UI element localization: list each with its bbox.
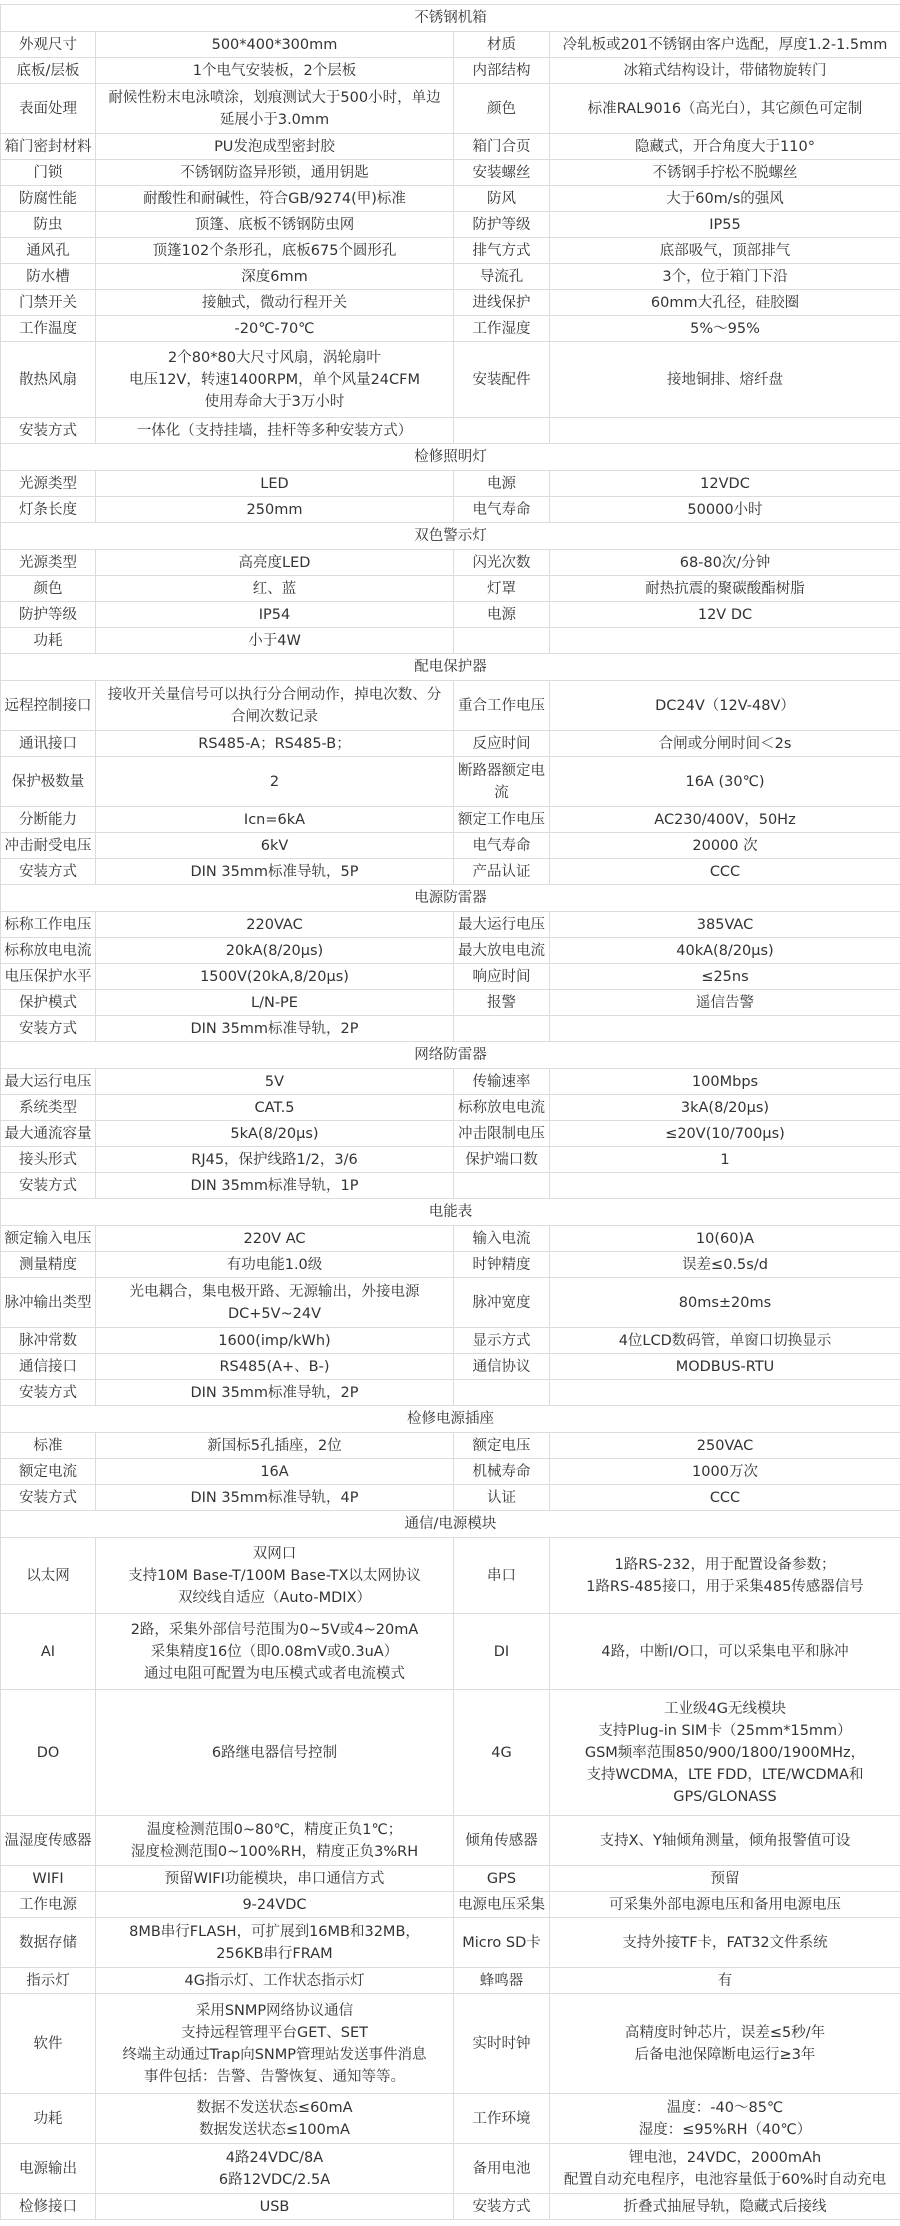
spec-row: 通讯接口RS485-A；RS485-B；反应时间合闸或分闸时间＜2s bbox=[1, 731, 900, 757]
spec-value-line: 顶篷102个条形孔，底板675个圆形孔 bbox=[98, 240, 451, 262]
spec-value: 顶篷102个条形孔，底板675个圆形孔 bbox=[96, 238, 454, 264]
spec-value: 新国标5孔插座，2位 bbox=[96, 1433, 454, 1459]
spec-label: 排气方式 bbox=[454, 238, 550, 264]
spec-label: 断路器额定电流 bbox=[454, 757, 550, 807]
spec-value: 耐候性粉末电泳喷涂，划痕测试大于500小时，单边延展小于3.0mm bbox=[96, 84, 454, 134]
section-header-row: 不锈钢机箱 bbox=[1, 5, 900, 32]
spec-value: 2路，采集外部信号范围为0~5V或4~20mA采集精度16位（即0.08mV或0… bbox=[96, 1614, 454, 1690]
spec-value-line: 100Mbps bbox=[552, 1071, 898, 1093]
spec-value-line: 5kA(8/20μs) bbox=[98, 1123, 451, 1145]
spec-value: 20kA(8/20μs) bbox=[96, 938, 454, 964]
spec-value: 250VAC bbox=[550, 1433, 900, 1459]
spec-value-line: RJ45，保护线路1/2，3/6 bbox=[98, 1149, 451, 1171]
spec-value-line: 6kV bbox=[98, 835, 451, 857]
spec-value: 预留 bbox=[550, 1866, 900, 1892]
spec-value: 1500V(20kA,8/20μs) bbox=[96, 964, 454, 990]
spec-value-line: CAT.5 bbox=[98, 1097, 451, 1119]
spec-row: 脉冲常数1600(imp/kWh)显示方式4位LCD数码管，单窗口切换显示 bbox=[1, 1328, 900, 1354]
spec-label: 输入电流 bbox=[454, 1226, 550, 1252]
spec-label: 电源 bbox=[454, 471, 550, 497]
section-header-row: 双色警示灯 bbox=[1, 523, 900, 550]
spec-value: 12V DC bbox=[550, 602, 900, 628]
spec-value: DIN 35mm标准导轨，2P bbox=[96, 1016, 454, 1042]
spec-value-line: 5V bbox=[98, 1071, 451, 1093]
spec-row: 温湿度传感器温度检测范围0~80℃，精度正负1℃；湿度检测范围0~100%RH，… bbox=[1, 1816, 900, 1866]
spec-label: 电源电压采集 bbox=[454, 1892, 550, 1918]
spec-row: 远程控制接口接收开关量信号可以执行分合闸动作，掉电次数、分合闸次数记录重合工作电… bbox=[1, 681, 900, 731]
spec-value-line: DC+5V~24V bbox=[98, 1303, 451, 1325]
section-title: 检修电源插座 bbox=[1, 1406, 900, 1433]
spec-value: RS485-A；RS485-B； bbox=[96, 731, 454, 757]
spec-value: 隐藏式，开合角度大于110° bbox=[550, 134, 900, 160]
spec-value bbox=[550, 628, 900, 654]
spec-value-line: 支持远程管理平台GET、SET bbox=[98, 2022, 451, 2044]
spec-value-line: DIN 35mm标准导轨，2P bbox=[98, 1018, 451, 1040]
spec-row: 防虫顶篷、底板不锈钢防虫网防护等级IP55 bbox=[1, 212, 900, 238]
spec-value-line: 双绞线自适应（Auto-MDIX） bbox=[98, 1587, 451, 1609]
spec-value: 60mm大孔径，硅胶圈 bbox=[550, 290, 900, 316]
spec-label: 闪光次数 bbox=[454, 550, 550, 576]
spec-row: 工作温度-20℃-70℃工作湿度5%～95% bbox=[1, 316, 900, 342]
spec-label: DO bbox=[1, 1690, 96, 1816]
spec-label: 电源 bbox=[454, 602, 550, 628]
spec-label: 安装方式 bbox=[1, 859, 96, 885]
spec-value: 6路继电器信号控制 bbox=[96, 1690, 454, 1816]
spec-value: 1个电气安装板，2个层板 bbox=[96, 58, 454, 84]
spec-label: 标称放电电流 bbox=[1, 938, 96, 964]
spec-value-line: 配置自动充电程序，电池容量低于60%时自动充电 bbox=[552, 2169, 898, 2191]
spec-label: 产品认证 bbox=[454, 859, 550, 885]
spec-value-line: 2个80*80大尺寸风扇，涡轮扇叶 bbox=[98, 347, 451, 369]
spec-row: DO6路继电器信号控制4G工业级4G无线模块支持Plug-in SIM卡（25m… bbox=[1, 1690, 900, 1816]
spec-label: 显示方式 bbox=[454, 1328, 550, 1354]
spec-label: 时钟精度 bbox=[454, 1252, 550, 1278]
spec-label: 防虫 bbox=[1, 212, 96, 238]
spec-value-line: 250VAC bbox=[552, 1435, 898, 1457]
spec-label: 以太网 bbox=[1, 1538, 96, 1614]
spec-value-line: 终端主动通过Trap向SNMP管理站发送事件消息 bbox=[98, 2044, 451, 2066]
spec-row: 通风孔顶篷102个条形孔，底板675个圆形孔排气方式底部吸气，顶部排气 bbox=[1, 238, 900, 264]
spec-label: 工作温度 bbox=[1, 316, 96, 342]
spec-value-line: 3个，位于箱门下沿 bbox=[552, 266, 898, 288]
spec-value-line: 红、蓝 bbox=[98, 578, 451, 600]
spec-label: 标准 bbox=[1, 1433, 96, 1459]
spec-label: 脉冲宽度 bbox=[454, 1278, 550, 1328]
spec-value-line: 耐酸性和耐碱性，符合GB/9274(甲)标准 bbox=[98, 188, 451, 210]
section-header-row: 检修电源插座 bbox=[1, 1406, 900, 1433]
spec-value-line: 支持Plug-in SIM卡（25mm*15mm） bbox=[552, 1720, 898, 1742]
spec-value: 温度：-40～85℃湿度：≤95%RH（40℃） bbox=[550, 2094, 900, 2144]
spec-value: 不锈钢防盗异形锁，通用钥匙 bbox=[96, 160, 454, 186]
spec-value: IP55 bbox=[550, 212, 900, 238]
spec-label: 颜色 bbox=[454, 84, 550, 134]
spec-label: 材质 bbox=[454, 32, 550, 58]
spec-row: 指示灯4G指示灯、工作状态指示灯蜂鸣器有 bbox=[1, 1968, 900, 1994]
spec-value-line: 4位LCD数码管，单窗口切换显示 bbox=[552, 1330, 898, 1352]
spec-value: DIN 35mm标准导轨，5P bbox=[96, 859, 454, 885]
spec-value-line: 接触式，微动行程开关 bbox=[98, 292, 451, 314]
section-title: 网络防雷器 bbox=[1, 1042, 900, 1069]
spec-value-line: 事件包括：告警、告警恢复、通知等等。 bbox=[98, 2066, 451, 2088]
spec-label: 电压保护水平 bbox=[1, 964, 96, 990]
spec-row: 接头形式RJ45，保护线路1/2，3/6保护端口数1 bbox=[1, 1147, 900, 1173]
section-header-row: 电能表 bbox=[1, 1199, 900, 1226]
spec-value: 500*400*300mm bbox=[96, 32, 454, 58]
spec-value: 有 bbox=[550, 1968, 900, 1994]
spec-value: 16A bbox=[96, 1459, 454, 1485]
spec-label: 内部结构 bbox=[454, 58, 550, 84]
spec-label: 额定电流 bbox=[1, 1459, 96, 1485]
spec-row: 安装方式DIN 35mm标准导轨，4P认证CCC bbox=[1, 1485, 900, 1511]
spec-value: 6kV bbox=[96, 833, 454, 859]
spec-value-line: 20000 次 bbox=[552, 835, 898, 857]
spec-value: 耐酸性和耐碱性，符合GB/9274(甲)标准 bbox=[96, 186, 454, 212]
spec-label: 分断能力 bbox=[1, 807, 96, 833]
spec-value-line: 湿度检测范围0~100%RH，精度正负3%RH bbox=[98, 1841, 451, 1863]
spec-row: 标称工作电压220VAC最大运行电压385VAC bbox=[1, 912, 900, 938]
spec-value: 220VAC bbox=[96, 912, 454, 938]
spec-value: 采用SNMP网络协议通信支持远程管理平台GET、SET终端主动通过Trap向SN… bbox=[96, 1994, 454, 2094]
spec-label: 导流孔 bbox=[454, 264, 550, 290]
spec-value-line: 温度检测范围0~80℃，精度正负1℃； bbox=[98, 1819, 451, 1841]
spec-label: 进线保护 bbox=[454, 290, 550, 316]
spec-label: 散热风扇 bbox=[1, 342, 96, 418]
spec-value: 不锈钢手拧松不脱螺丝 bbox=[550, 160, 900, 186]
spec-value-line: 延展小于3.0mm bbox=[98, 109, 451, 131]
spec-value: IP54 bbox=[96, 602, 454, 628]
spec-value-line: 不锈钢防盗异形锁，通用钥匙 bbox=[98, 162, 451, 184]
spec-value-line: DIN 35mm标准导轨，4P bbox=[98, 1487, 451, 1509]
spec-value: 数据不发送状态≤60mA数据发送状态≤100mA bbox=[96, 2094, 454, 2144]
spec-value: 2个80*80大尺寸风扇，涡轮扇叶电压12V，转速1400RPM，单个风量24C… bbox=[96, 342, 454, 418]
spec-value: RJ45，保护线路1/2，3/6 bbox=[96, 1147, 454, 1173]
spec-row: 电压保护水平1500V(20kA,8/20μs)响应时间≤25ns bbox=[1, 964, 900, 990]
spec-row: 安装方式一体化（支持挂墙，挂杆等多种安装方式） bbox=[1, 418, 900, 444]
spec-value: 顶篷、底板不锈钢防虫网 bbox=[96, 212, 454, 238]
spec-value-line: 60mm大孔径，硅胶圈 bbox=[552, 292, 898, 314]
section-title: 电能表 bbox=[1, 1199, 900, 1226]
spec-value: 50000小时 bbox=[550, 497, 900, 523]
spec-value-line: ≤25ns bbox=[552, 966, 898, 988]
spec-value-line: 1000万次 bbox=[552, 1461, 898, 1483]
spec-row: 保护模式L/N-PE报警遥信告警 bbox=[1, 990, 900, 1016]
spec-value-line: 采集精度16位（即0.08mV或0.3uA） bbox=[98, 1641, 451, 1663]
spec-label: 电气寿命 bbox=[454, 497, 550, 523]
spec-value: 支持X、Y轴倾角测量，倾角报警值可设 bbox=[550, 1816, 900, 1866]
spec-value-line: 16A (30℃) bbox=[552, 771, 898, 793]
spec-value-line: 256KB串行FRAM bbox=[98, 1943, 451, 1965]
spec-value bbox=[550, 418, 900, 444]
spec-value-line: 高亮度LED bbox=[98, 552, 451, 574]
spec-label: 最大通流容量 bbox=[1, 1121, 96, 1147]
spec-value: 1 bbox=[550, 1147, 900, 1173]
spec-label: 工作环境 bbox=[454, 2094, 550, 2144]
spec-value: 250mm bbox=[96, 497, 454, 523]
spec-value-line: DC24V（12V-48V） bbox=[552, 695, 898, 717]
spec-value-line: CCC bbox=[552, 1487, 898, 1509]
spec-label: 工作湿度 bbox=[454, 316, 550, 342]
spec-label bbox=[454, 1173, 550, 1199]
spec-label: 接头形式 bbox=[1, 1147, 96, 1173]
spec-value-line: 遥信告警 bbox=[552, 992, 898, 1014]
spec-value-line: 12VDC bbox=[552, 473, 898, 495]
spec-row: 底板/层板1个电气安装板，2个层板内部结构冰箱式结构设计，带储物旋转门 bbox=[1, 58, 900, 84]
spec-value-line: 小于4W bbox=[98, 630, 451, 652]
spec-label: 防风 bbox=[454, 186, 550, 212]
spec-value-line: 锂电池，24VDC，2000mAh bbox=[552, 2147, 898, 2169]
spec-value-line: IP55 bbox=[552, 214, 898, 236]
spec-label: 电气寿命 bbox=[454, 833, 550, 859]
spec-label: 冲击限制电压 bbox=[454, 1121, 550, 1147]
section-header-row: 检修照明灯 bbox=[1, 444, 900, 471]
spec-value-line: 16A bbox=[98, 1461, 451, 1483]
spec-value-line: 6路12VDC/2.5A bbox=[98, 2169, 451, 2191]
spec-value: 20000 次 bbox=[550, 833, 900, 859]
spec-label: 颜色 bbox=[1, 576, 96, 602]
spec-value: 接触式，微动行程开关 bbox=[96, 290, 454, 316]
spec-row: 安装方式DIN 35mm标准导轨，5P产品认证CCC bbox=[1, 859, 900, 885]
spec-value: DC24V（12V-48V） bbox=[550, 681, 900, 731]
spec-value-line: RS485(A+、B-) bbox=[98, 1356, 451, 1378]
spec-row: 工作电源9-24VDC电源电压采集可采集外部电源电压和备用电源电压 bbox=[1, 1892, 900, 1918]
spec-value: 40kA(8/20μs) bbox=[550, 938, 900, 964]
spec-label: 灯罩 bbox=[454, 576, 550, 602]
spec-row: 防腐性能耐酸性和耐碱性，符合GB/9274(甲)标准防风大于60m/s的强风 bbox=[1, 186, 900, 212]
spec-label: 灯条长度 bbox=[1, 497, 96, 523]
spec-value-line: 高精度时钟芯片，误差≤5秒/年 bbox=[552, 2022, 898, 2044]
spec-label: 串口 bbox=[454, 1538, 550, 1614]
spec-value-line: 数据发送状态≤100mA bbox=[98, 2119, 451, 2141]
spec-value-line: 1路RS-485接口，用于采集485传感器信号 bbox=[552, 1576, 898, 1598]
spec-value-line: 数据不发送状态≤60mA bbox=[98, 2097, 451, 2119]
spec-value-line: 1500V(20kA,8/20μs) bbox=[98, 966, 451, 988]
spec-value-line: 折叠式抽屉导轨，隐藏式后接线 bbox=[552, 2196, 898, 2218]
spec-label bbox=[454, 418, 550, 444]
spec-value: 标准RAL9016（高光白），其它颜色可定制 bbox=[550, 84, 900, 134]
spec-value-line: 50000小时 bbox=[552, 499, 898, 521]
spec-value-line: 电压12V，转速1400RPM，单个风量24CFM bbox=[98, 369, 451, 391]
spec-value: 接收开关量信号可以执行分合闸动作，掉电次数、分合闸次数记录 bbox=[96, 681, 454, 731]
spec-label: 最大运行电压 bbox=[1, 1069, 96, 1095]
spec-label: 额定输入电压 bbox=[1, 1226, 96, 1252]
spec-value: 4路24VDC/8A6路12VDC/2.5A bbox=[96, 2144, 454, 2194]
spec-value-line: 80ms±20ms bbox=[552, 1292, 898, 1314]
spec-row: 保护极数量2断路器额定电流16A (30℃) bbox=[1, 757, 900, 807]
spec-value-line: CCC bbox=[552, 861, 898, 883]
spec-label: 认证 bbox=[454, 1485, 550, 1511]
spec-row: AI2路，采集外部信号范围为0~5V或4~20mA采集精度16位（即0.08mV… bbox=[1, 1614, 900, 1690]
spec-value-line: 20kA(8/20μs) bbox=[98, 940, 451, 962]
spec-row: WIFI预留WIFI功能模块，串口通信方式GPS预留 bbox=[1, 1866, 900, 1892]
spec-value-line: 1 bbox=[552, 1149, 898, 1171]
spec-value-line: 合闸次数记录 bbox=[98, 706, 451, 728]
spec-value: 工业级4G无线模块支持Plug-in SIM卡（25mm*15mm）GSM频率范… bbox=[550, 1690, 900, 1816]
spec-value bbox=[550, 1016, 900, 1042]
spec-label: 安装方式 bbox=[1, 1016, 96, 1042]
spec-value-line: 220VAC bbox=[98, 914, 451, 936]
spec-label: 指示灯 bbox=[1, 1968, 96, 1994]
spec-value: 折叠式抽屉导轨，隐藏式后接线 bbox=[550, 2194, 900, 2220]
spec-row: 颜色红、蓝灯罩耐热抗震的聚碳酸酯树脂 bbox=[1, 576, 900, 602]
spec-label: 标称放电电流 bbox=[454, 1095, 550, 1121]
spec-label: AI bbox=[1, 1614, 96, 1690]
spec-value-line: DIN 35mm标准导轨，1P bbox=[98, 1175, 451, 1197]
spec-value: 误差≤0.5s/d bbox=[550, 1252, 900, 1278]
spec-value-line: IP54 bbox=[98, 604, 451, 626]
spec-label: 安装螺丝 bbox=[454, 160, 550, 186]
spec-value-line: 湿度：≤95%RH（40℃） bbox=[552, 2119, 898, 2141]
spec-value-line: 1路RS-232，用于配置设备参数； bbox=[552, 1554, 898, 1576]
spec-value-line: 底部吸气，顶部排气 bbox=[552, 240, 898, 262]
spec-value: 支持外接TF卡，FAT32文件系统 bbox=[550, 1918, 900, 1968]
spec-row: 额定输入电压220V AC输入电流10(60)A bbox=[1, 1226, 900, 1252]
spec-value-line: GSM频率范围850/900/1800/1900MHz， bbox=[552, 1742, 898, 1764]
spec-row: 数据存储8MB串行FLASH，可扩展到16MB和32MB，256KB串行FRAM… bbox=[1, 1918, 900, 1968]
spec-label: 通信接口 bbox=[1, 1354, 96, 1380]
spec-value-line: L/N-PE bbox=[98, 992, 451, 1014]
spec-row: 散热风扇2个80*80大尺寸风扇，涡轮扇叶电压12V，转速1400RPM，单个风… bbox=[1, 342, 900, 418]
spec-value-line: 新国标5孔插座，2位 bbox=[98, 1435, 451, 1457]
spec-label: 门禁开关 bbox=[1, 290, 96, 316]
spec-label: 最大放电电流 bbox=[454, 938, 550, 964]
spec-label: 额定工作电压 bbox=[454, 807, 550, 833]
spec-value-line: 隐藏式，开合角度大于110° bbox=[552, 136, 898, 158]
spec-value: 合闸或分闸时间＜2s bbox=[550, 731, 900, 757]
spec-value: 双网口支持10M Base-T/100M Base-TX以太网协议双绞线自适应（… bbox=[96, 1538, 454, 1614]
spec-label: 箱门合页 bbox=[454, 134, 550, 160]
spec-label: 报警 bbox=[454, 990, 550, 1016]
spec-value-line: 500*400*300mm bbox=[98, 34, 451, 56]
spec-value: 预留WIFI功能模块，串口通信方式 bbox=[96, 1866, 454, 1892]
spec-row: 安装方式DIN 35mm标准导轨，2P bbox=[1, 1380, 900, 1406]
spec-value: 红、蓝 bbox=[96, 576, 454, 602]
spec-value-line: DIN 35mm标准导轨，5P bbox=[98, 861, 451, 883]
spec-value-line: 大于60m/s的强风 bbox=[552, 188, 898, 210]
spec-value: 有功电能1.0级 bbox=[96, 1252, 454, 1278]
spec-value: 1000万次 bbox=[550, 1459, 900, 1485]
spec-row: 防水槽深度6mm导流孔3个，位于箱门下沿 bbox=[1, 264, 900, 290]
spec-label: 脉冲常数 bbox=[1, 1328, 96, 1354]
spec-row: 系统类型CAT.5标称放电电流3kA(8/20μs) bbox=[1, 1095, 900, 1121]
spec-value: 温度检测范围0~80℃，精度正负1℃；湿度检测范围0~100%RH，精度正负3%… bbox=[96, 1816, 454, 1866]
spec-value: 3kA(8/20μs) bbox=[550, 1095, 900, 1121]
spec-label: 系统类型 bbox=[1, 1095, 96, 1121]
spec-value: 5%～95% bbox=[550, 316, 900, 342]
spec-label: 表面处理 bbox=[1, 84, 96, 134]
spec-value: 385VAC bbox=[550, 912, 900, 938]
spec-label: 远程控制接口 bbox=[1, 681, 96, 731]
spec-value: USB bbox=[96, 2194, 454, 2220]
spec-label: WIFI bbox=[1, 1866, 96, 1892]
spec-value-line: RS485-A；RS485-B； bbox=[98, 733, 451, 755]
spec-row: 冲击耐受电压6kV电气寿命20000 次 bbox=[1, 833, 900, 859]
spec-value: CAT.5 bbox=[96, 1095, 454, 1121]
spec-value-line: 12V DC bbox=[552, 604, 898, 626]
spec-value-line: GPS/GLONASS bbox=[552, 1786, 898, 1808]
spec-value-line: 9-24VDC bbox=[98, 1894, 451, 1916]
spec-value-line: 4路，中断I/O口，可以采集电平和脉冲 bbox=[552, 1641, 898, 1663]
spec-label bbox=[454, 1016, 550, 1042]
spec-value-line: 支持10M Base-T/100M Base-TX以太网协议 bbox=[98, 1565, 451, 1587]
spec-row: 箱门密封材料PU发泡成型密封胶箱门合页隐藏式，开合角度大于110° bbox=[1, 134, 900, 160]
spec-label: 安装方式 bbox=[1, 1173, 96, 1199]
spec-value: 12VDC bbox=[550, 471, 900, 497]
spec-label: 防腐性能 bbox=[1, 186, 96, 212]
spec-value-line: 有功电能1.0级 bbox=[98, 1254, 451, 1276]
spec-row: 额定电流16A机械寿命1000万次 bbox=[1, 1459, 900, 1485]
spec-value-line: 双网口 bbox=[98, 1543, 451, 1565]
spec-label: 保护模式 bbox=[1, 990, 96, 1016]
spec-label: 脉冲输出类型 bbox=[1, 1278, 96, 1328]
spec-value: 4G指示灯、工作状态指示灯 bbox=[96, 1968, 454, 1994]
spec-row: 防护等级IP54电源12V DC bbox=[1, 602, 900, 628]
spec-row: 功耗数据不发送状态≤60mA数据发送状态≤100mA工作环境温度：-40～85℃… bbox=[1, 2094, 900, 2144]
spec-value-line: 5%～95% bbox=[552, 318, 898, 340]
spec-value: PU发泡成型密封胶 bbox=[96, 134, 454, 160]
spec-label: Micro SD卡 bbox=[454, 1918, 550, 1968]
spec-value: RS485(A+、B-) bbox=[96, 1354, 454, 1380]
spec-value: 小于4W bbox=[96, 628, 454, 654]
spec-value: -20℃-70℃ bbox=[96, 316, 454, 342]
spec-value-line: 220V AC bbox=[98, 1228, 451, 1250]
section-title: 检修照明灯 bbox=[1, 444, 900, 471]
spec-value: 1路RS-232，用于配置设备参数；1路RS-485接口，用于采集485传感器信… bbox=[550, 1538, 900, 1614]
spec-value: 遥信告警 bbox=[550, 990, 900, 1016]
spec-label: 底板/层板 bbox=[1, 58, 96, 84]
spec-value: 220V AC bbox=[96, 1226, 454, 1252]
spec-label: 门锁 bbox=[1, 160, 96, 186]
section-title: 通信/电源模块 bbox=[1, 1511, 900, 1538]
spec-row: 分断能力Icn=6kA额定工作电压AC230/400V，50Hz bbox=[1, 807, 900, 833]
spec-value: 5kA(8/20μs) bbox=[96, 1121, 454, 1147]
spec-value bbox=[550, 1173, 900, 1199]
spec-value-line: 250mm bbox=[98, 499, 451, 521]
spec-value: 16A (30℃) bbox=[550, 757, 900, 807]
spec-value: 深度6mm bbox=[96, 264, 454, 290]
spec-row: 安装方式DIN 35mm标准导轨，2P bbox=[1, 1016, 900, 1042]
spec-value-line: 4G指示灯、工作状态指示灯 bbox=[98, 1970, 451, 1992]
spec-value-line: 支持X、Y轴倾角测量，倾角报警值可设 bbox=[552, 1830, 898, 1852]
spec-value: 2 bbox=[96, 757, 454, 807]
spec-label: 温湿度传感器 bbox=[1, 1816, 96, 1866]
spec-label: 通信协议 bbox=[454, 1354, 550, 1380]
spec-label: 保护极数量 bbox=[1, 757, 96, 807]
spec-value-line: 采用SNMP网络协议通信 bbox=[98, 2000, 451, 2022]
spec-value-line: 支持外接TF卡，FAT32文件系统 bbox=[552, 1932, 898, 1954]
spec-label: 功耗 bbox=[1, 2094, 96, 2144]
spec-label: 测量精度 bbox=[1, 1252, 96, 1278]
spec-value: DIN 35mm标准导轨，2P bbox=[96, 1380, 454, 1406]
section-header-row: 电源防雷器 bbox=[1, 885, 900, 912]
section-header-row: 通信/电源模块 bbox=[1, 1511, 900, 1538]
spec-value-line: 合闸或分闸时间＜2s bbox=[552, 733, 898, 755]
spec-row: 测量精度有功电能1.0级时钟精度误差≤0.5s/d bbox=[1, 1252, 900, 1278]
spec-row: 安装方式DIN 35mm标准导轨，1P bbox=[1, 1173, 900, 1199]
spec-label: 标称工作电压 bbox=[1, 912, 96, 938]
spec-value: 耐热抗震的聚碳酸酯树脂 bbox=[550, 576, 900, 602]
spec-label: 备用电池 bbox=[454, 2144, 550, 2194]
spec-value-line: 2路，采集外部信号范围为0~5V或4~20mA bbox=[98, 1619, 451, 1641]
spec-table: 不锈钢机箱外观尺寸500*400*300mm材质冷轧板或201不锈钢由客户选配，… bbox=[0, 4, 900, 2220]
section-header-row: 网络防雷器 bbox=[1, 1042, 900, 1069]
spec-value: CCC bbox=[550, 1485, 900, 1511]
spec-value-line: 耐候性粉末电泳喷涂，划痕测试大于500小时，单边 bbox=[98, 87, 451, 109]
section-title: 配电保护器 bbox=[1, 654, 900, 681]
spec-value-line: 6路继电器信号控制 bbox=[98, 1742, 451, 1764]
spec-value-line: 3kA(8/20μs) bbox=[552, 1097, 898, 1119]
section-header-row: 配电保护器 bbox=[1, 654, 900, 681]
spec-value-line: 不锈钢手拧松不脱螺丝 bbox=[552, 162, 898, 184]
